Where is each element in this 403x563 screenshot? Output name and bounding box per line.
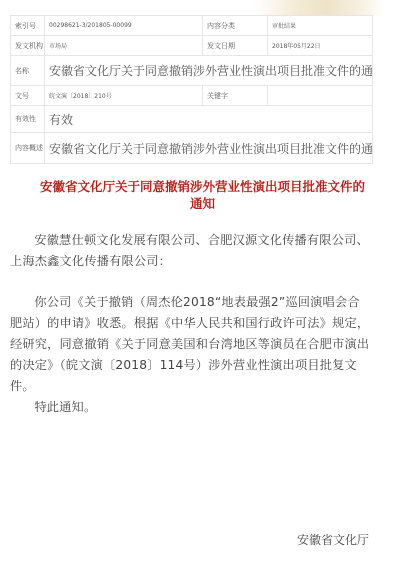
issue-date-value: 2018年05月22日 (268, 36, 373, 56)
table-row: 索引号 00298621-3/201805-00099 内容分类 审批结果 (11, 16, 373, 36)
validity-label: 有效性 (11, 106, 45, 133)
decorative-banner (255, 0, 385, 16)
table-row: 发文机构 市场局 发文日期 2018年05月22日 (11, 36, 373, 56)
summary-label: 内容概述 (11, 133, 45, 164)
signature: 安徽省文化厅 (297, 531, 369, 548)
table-row: 名称 安徽省文化厅关于同意撤销涉外营业性演出项目批准文件的通知 (11, 56, 373, 86)
table-row: 文号 皖文演〔2018〕210号 关键字 (11, 86, 373, 106)
index-number-label: 索引号 (11, 16, 45, 36)
document-number-label: 文号 (11, 86, 45, 106)
content-category-value: 审批结果 (268, 16, 373, 36)
keywords-value (268, 86, 373, 106)
closing-paragraph: 特此通知。 (10, 397, 372, 418)
metadata-table: 索引号 00298621-3/201805-00099 内容分类 审批结果 发文… (10, 15, 373, 164)
document-title: 安徽省文化厅关于同意撤销涉外营业性演出项目批准文件的通知 (40, 178, 365, 212)
salutation-paragraph: 安徽慧仕顿文化发展有限公司、合肥汉源文化传播有限公司、上海杰鑫文化传播有限公司： (10, 230, 372, 272)
summary-value: 安徽省文化厅关于同意撤销涉外营业性演出项目批准文件的通知 (45, 133, 373, 164)
issue-date-label: 发文日期 (203, 36, 268, 56)
table-row: 有效性 有效 (11, 106, 373, 133)
keywords-label: 关键字 (203, 86, 268, 106)
validity-value: 有效 (45, 106, 373, 133)
issuing-agency-value: 市场局 (45, 36, 203, 56)
index-number-value: 00298621-3/201805-00099 (45, 16, 203, 36)
table-row: 内容概述 安徽省文化厅关于同意撤销涉外营业性演出项目批准文件的通知 (11, 133, 373, 164)
body-paragraph: 你公司《关于撤销（周杰伦2018“地表最强2”巡回演唱会合肥站）的申请》收悉。根… (10, 292, 372, 397)
name-value: 安徽省文化厅关于同意撤销涉外营业性演出项目批准文件的通知 (45, 56, 373, 86)
name-label: 名称 (11, 56, 45, 86)
document-number-value: 皖文演〔2018〕210号 (45, 86, 203, 106)
issuing-agency-label: 发文机构 (11, 36, 45, 56)
content-category-label: 内容分类 (203, 16, 268, 36)
